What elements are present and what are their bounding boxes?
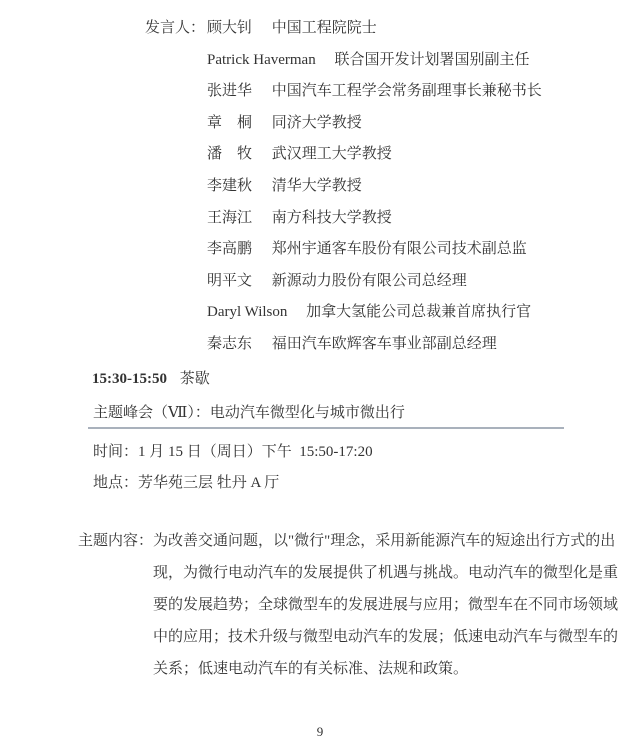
session-meta: 时间：1 月 15 日（周日）下午 15:50-17:20 地点：芳华苑三层 牡… (0, 437, 640, 499)
speaker-name: Daryl Wilson (207, 297, 287, 329)
content-line: 为改善交通问题，以"微行"理念，采用新能源汽车的短途出行方式的出 (153, 525, 640, 557)
session-title-text: 主题峰会（Ⅶ）：电动汽车微型化与城市微出行 (93, 405, 405, 421)
speakers-label: 发言人： (145, 13, 205, 45)
speaker-title: 联合国开发计划署国别副主任 (334, 52, 529, 68)
tea-break-time: 15:30-15:50 (92, 371, 167, 387)
speaker-row: 李高鹏 郑州宇通客车股份有限公司技术副总监 (207, 234, 640, 266)
speaker-name: 张进华 (207, 76, 253, 108)
speaker-title: 清华大学教授 (272, 178, 362, 194)
speaker-row: 明平文 新源动力股份有限公司总经理 (207, 266, 640, 298)
speaker-title: 同济大学教授 (272, 115, 362, 131)
speaker-title: 福田汽车欧辉客车事业部副总经理 (272, 336, 497, 352)
speaker-name: 潘 牧 (207, 139, 253, 171)
speaker-row: 潘 牧 武汉理工大学教授 (207, 139, 640, 171)
tea-break-row: 15:30-15:50 茶歇 (92, 363, 640, 395)
speaker-name: 王海江 (207, 203, 253, 235)
speaker-title: 中国工程院院士 (272, 20, 377, 36)
speaker-name: 明平文 (207, 266, 253, 298)
session-title: 主题峰会（Ⅶ）：电动汽车微型化与城市微出行 (88, 403, 564, 429)
speaker-title: 中国汽车工程学会常务副理事长兼秘书长 (272, 83, 542, 99)
content-label: 主题内容： (78, 525, 153, 557)
content-line: 中的应用；技术升级与微型电动汽车的发展；低速电动汽车与微型车的 (153, 621, 640, 653)
location-value: 芳华苑三层 牡丹 A 厅 (138, 475, 279, 491)
content-line: 关系；低速电动汽车的有关标准、法规和政策。 (153, 653, 640, 685)
speaker-name: 章 桐 (207, 108, 253, 140)
speaker-row: Patrick Haverman 联合国开发计划署国别副主任 (207, 45, 640, 77)
speaker-name: 秦志东 (207, 329, 253, 361)
speaker-title: 南方科技大学教授 (272, 210, 392, 226)
speaker-row: 章 桐 同济大学教授 (207, 108, 640, 140)
time-value: 1 月 15 日（周日）下午 15:50-17:20 (138, 444, 373, 460)
tea-break-label: 茶歇 (180, 371, 210, 387)
speaker-title: 加拿大氢能公司总裁兼首席执行官 (306, 304, 531, 320)
agenda-page: 发言人： 顾大钊 中国工程院院士 Patrick Haverman 联合国开发计… (0, 0, 640, 753)
speaker-title: 武汉理工大学教授 (272, 146, 392, 162)
speaker-row: 张进华 中国汽车工程学会常务副理事长兼秘书长 (207, 76, 640, 108)
speaker-name: Patrick Haverman (207, 45, 316, 77)
speaker-title: 郑州宇通客车股份有限公司技术副总监 (272, 241, 527, 257)
speaker-row: 发言人： 顾大钊 中国工程院院士 (207, 13, 640, 45)
page-number: 9 (0, 724, 640, 740)
speaker-name: 李建秋 (207, 171, 253, 203)
content-line: 要的发展趋势；全球微型车的发展进展与应用；微型车在不同市场领域 (153, 589, 640, 621)
session-content: 主题内容： 为改善交通问题，以"微行"理念，采用新能源汽车的短途出行方式的出 现… (153, 525, 640, 685)
speaker-row: Daryl Wilson 加拿大氢能公司总裁兼首席执行官 (207, 297, 640, 329)
session-location-row: 地点：芳华苑三层 牡丹 A 厅 (93, 468, 640, 499)
location-label: 地点： (93, 475, 138, 491)
time-label: 时间： (93, 444, 138, 460)
speaker-row: 王海江 南方科技大学教授 (207, 203, 640, 235)
speaker-list: 发言人： 顾大钊 中国工程院院士 Patrick Haverman 联合国开发计… (0, 0, 640, 361)
content-line: 现，为微行电动汽车的发展提供了机遇与挑战。电动汽车的微型化是重 (153, 557, 640, 589)
speaker-name: 李高鹏 (207, 234, 253, 266)
speaker-name: 顾大钊 (207, 13, 253, 45)
speaker-title: 新源动力股份有限公司总经理 (272, 273, 467, 289)
session-time-row: 时间：1 月 15 日（周日）下午 15:50-17:20 (93, 437, 640, 468)
speaker-row: 秦志东 福田汽车欧辉客车事业部副总经理 (207, 329, 640, 361)
speaker-row: 李建秋 清华大学教授 (207, 171, 640, 203)
